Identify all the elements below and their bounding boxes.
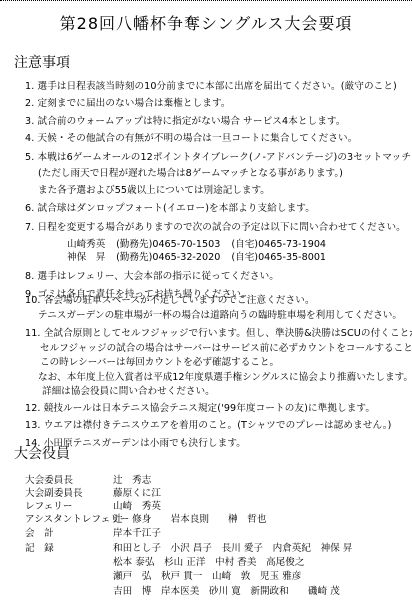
officer-role: 会 計 bbox=[25, 525, 54, 539]
item-number: 11. bbox=[25, 328, 41, 339]
item-text: ウエアは襟付きテニスウエアを着用のこと。(Tシャツでのプレーは認めません。) bbox=[44, 420, 392, 431]
item-text: 定刻までに届出のない場合は棄権とします。 bbox=[38, 98, 231, 109]
work-label: (勤務先) bbox=[116, 249, 152, 263]
item-text: 試合前のウォームアップは特に指定がない場合 サービス4本とします。 bbox=[38, 116, 346, 127]
home-phone: 0465-35-8001 bbox=[258, 252, 326, 263]
note-item-13: 13. ウエアは襟付きテニスウエアを着用のこと。(Tシャツでのプレーは認めません… bbox=[25, 417, 391, 431]
note-item-5-line-3: また各予選および55歳以上については別途記します。 bbox=[38, 182, 270, 196]
officer-names: 吉田 博 岸本医美 砂川 寛 新開政和 磯崎 茂 bbox=[113, 583, 340, 597]
work-label: (勤務先) bbox=[116, 236, 152, 250]
note-item-12: 12. 競技ルールは日本テニス協会テニス規定('99年度コートの友)に準拠します… bbox=[25, 400, 375, 414]
item-number: 7. bbox=[25, 222, 34, 233]
note-item-2: 2. 定刻までに届出のない場合は棄権とします。 bbox=[25, 95, 231, 109]
item-number: 5. bbox=[25, 152, 34, 163]
note-item-8: 8. 選手はレフェリー、大会本部の指示に従ってください。 bbox=[25, 268, 279, 282]
item-text: 日程を変更する場合がありますので次の試合の予定は以下に問い合わせてください。 bbox=[38, 222, 406, 233]
officer-names: 岸本千江子 bbox=[113, 525, 161, 539]
officer-names: 辻 修身 岩本良則 榊 哲也 bbox=[113, 511, 267, 525]
officer-names: 瀬戸 弘 秋戸 貫一 山崎 敦 児玉 雅彦 bbox=[113, 568, 301, 582]
item-number: 3. bbox=[25, 116, 34, 127]
item-number: 12. bbox=[25, 403, 41, 414]
officers-heading: 大会役員 bbox=[14, 443, 70, 463]
item-number: 8. bbox=[25, 271, 34, 282]
officer-names: 和田とし子 小沢 昌子 長川 愛子 内倉英紀 神保 昇 bbox=[113, 540, 352, 554]
officer-names: 辻 秀志 bbox=[113, 472, 151, 486]
home-label: (自宅) bbox=[231, 236, 258, 250]
notes-heading: 注意事項 bbox=[14, 52, 70, 72]
note-item-11-line-2: セルフジャッジの試合の場合はサーバーはサービス前に必ずカウントをコールすること。 bbox=[40, 340, 412, 354]
note-item-4: 4. 天候・その他試合の有無が不明の場合は一旦コートに集合してください。 bbox=[25, 130, 357, 144]
note-item-11-line-4: なお、本年度上位入賞者は平成12年度県選手権シングルスに協会より推薦いたします。 bbox=[38, 369, 412, 383]
contact-row-1: 山崎秀英 (勤務先)0465-70-1503 (自宅)0465-73-1904 bbox=[67, 236, 326, 250]
item-text: 天候・その他試合の有無が不明の場合は一旦コートに集合してください。 bbox=[38, 133, 358, 144]
note-item-1: 1. 選手は日程表該当時刻の10分前までに本部に出席を届出てください。(厳守のこ… bbox=[25, 78, 397, 92]
note-item-11-line-3: この時レシーバーは毎回カウントを必ず確認すること。 bbox=[40, 354, 279, 368]
note-item-11-line-5: 詳細は協会役員に問い合わせください。 bbox=[42, 383, 215, 397]
item-number: 4. bbox=[25, 133, 34, 144]
note-item-5-line-2: (ただし雨天で日程が遅れた場合は8ゲームマッチとなる事があります。) bbox=[38, 165, 343, 179]
note-item-3: 3. 試合前のウォームアップは特に指定がない場合 サービス4本とします。 bbox=[25, 113, 346, 127]
item-text: 選手は日程表該当時刻の10分前までに本部に出席を届出てください。(厳守のこと) bbox=[38, 81, 397, 92]
home-label: (自宅) bbox=[231, 249, 258, 263]
item-number: 2. bbox=[25, 98, 34, 109]
item-text: 競技ルールは日本テニス協会テニス規定('99年度コートの友)に準拠します。 bbox=[44, 403, 375, 414]
item-number: 1. bbox=[25, 81, 34, 92]
officer-role: レフェリー bbox=[25, 498, 73, 512]
contact-name: 神保 昇 bbox=[67, 249, 107, 263]
item-text: 小田原テニスガーデンは小雨でも決行します。 bbox=[44, 438, 246, 449]
officer-role: 記 録 bbox=[25, 540, 54, 554]
note-item-10: 10. 各会場の駐車スペースが不足していますのでご注意ください。 bbox=[25, 292, 315, 306]
work-phone: 0465-32-2020 bbox=[152, 252, 220, 263]
officer-role: 大会委員長 bbox=[25, 472, 73, 486]
officer-role: 大会副委員長 bbox=[25, 485, 83, 499]
item-text: 選手はレフェリー、大会本部の指示に従ってください。 bbox=[38, 271, 279, 282]
note-item-11: 11. 全試合原則としてセルフジャッジで行います。但し、準決勝&決勝はSCUの付… bbox=[25, 325, 412, 339]
officer-names: 藤原くに江 bbox=[113, 485, 161, 499]
officer-names: 松本 泰弘 杉山 正洋 中村 香美 高尾俊之 bbox=[113, 554, 304, 568]
note-item-10-line-2: テニスガーデンの駐車場が一杯の場合は道路向うの臨時駐車場を利用してください。 bbox=[38, 307, 402, 321]
officer-names: 山崎 秀英 bbox=[113, 498, 161, 512]
item-number: 13. bbox=[25, 420, 41, 431]
contact-name: 山崎秀英 bbox=[67, 236, 107, 250]
item-number: 10. bbox=[25, 295, 41, 306]
note-item-5: 5. 本戦は6ゲームオールの12ポイントタイブレーク(ノ-アドバンテージ)の3セ… bbox=[25, 149, 412, 163]
item-text: 全試合原則としてセルフジャッジで行います。但し、準決勝&決勝はSCUの付くことが… bbox=[44, 328, 412, 339]
item-text: 本戦は6ゲームオールの12ポイントタイブレーク(ノ-アドバンテージ)の3セットマ… bbox=[38, 152, 412, 163]
page-title: 第28回八幡杯争奪シングルス大会要項 bbox=[0, 11, 412, 34]
top-dotted-border bbox=[0, 0, 412, 1]
note-item-7: 7. 日程を変更する場合がありますので次の試合の予定は以下に問い合わせてください… bbox=[25, 219, 406, 233]
note-item-6: 6. 試合球はダンロップフォート(イエロー)を本部より支給します。 bbox=[25, 200, 315, 214]
contact-row-2: 神保 昇 (勤務先)0465-32-2020 (自宅)0465-35-8001 bbox=[67, 249, 326, 263]
item-text: 試合球はダンロップフォート(イエロー)を本部より支給します。 bbox=[38, 203, 315, 214]
item-text: 各会場の駐車スペースが不足していますのでご注意ください。 bbox=[44, 295, 315, 306]
item-number: 6. bbox=[25, 203, 34, 214]
